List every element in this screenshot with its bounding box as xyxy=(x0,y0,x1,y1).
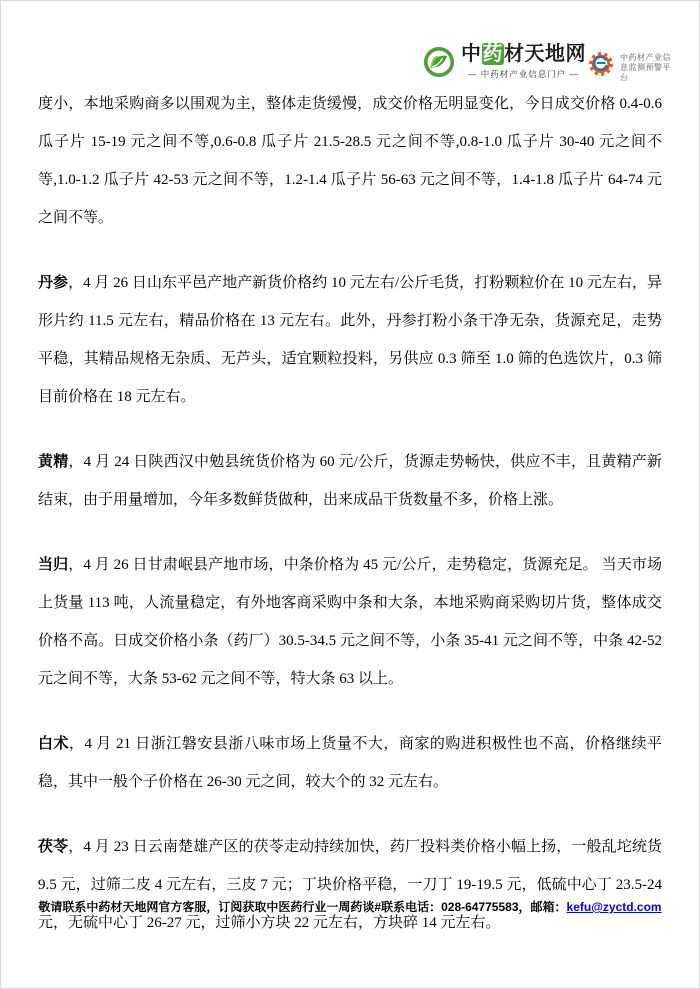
paragraph-text: 度小，本地采购商多以围观为主，整体走货缓慢，成交价格无明显变化，今日成交价格 0… xyxy=(38,96,662,226)
platform-name: 中药材产业信 息监测预警平 台 xyxy=(620,50,671,83)
brand-tagline: — 中药材产业信息门户 — xyxy=(468,68,579,80)
paragraph-text: ，4 月 23 日云南楚雄产区的茯苓走动持续加快，药厂投料类价格小幅上扬，一般乱… xyxy=(38,839,662,931)
paragraph-text: ，4 月 24 日陕西汉中勉县统货价格为 60 元/公斤，货源走势畅快，供应不丰… xyxy=(38,454,662,508)
footer-contact: 敬请联系中药材天地网官方客服，订阅获取中医药行业一周药谈#联系电话：028-64… xyxy=(1,898,699,915)
herb-name-huangjing: 黄精 xyxy=(38,454,68,470)
brand-text-block: 中药材天地网 — 中药材产业信息门户 — xyxy=(461,43,586,80)
platform-name-line2: 息监测预警平 xyxy=(620,63,671,73)
herb-name-danggui: 当归 xyxy=(38,557,68,573)
paragraph-danshen: 丹参，4 月 26 日山东平邑产地产新货价格约 10 元左右/公斤毛货，打粉颗粒… xyxy=(38,264,662,416)
brand-name: 中药材天地网 xyxy=(461,43,586,65)
platform-name-line3: 台 xyxy=(620,73,671,83)
paragraph-guazipian-prices: 度小，本地采购商多以围观为主，整体走货缓慢，成交价格无明显变化，今日成交价格 0… xyxy=(38,85,662,237)
paragraph-fuling: 茯苓，4 月 23 日云南楚雄产区的茯苓走动持续加快，药厂投料类价格小幅上扬，一… xyxy=(38,828,662,942)
herb-name-baizhu: 白术 xyxy=(38,736,69,752)
footer-text: 敬请联系中药材天地网官方客服，订阅获取中医药行业一周药谈#联系电话：028-64… xyxy=(38,900,566,914)
brand-name-suffix: 材天地网 xyxy=(504,43,586,65)
brand-stylized-char: 药 xyxy=(482,43,505,65)
document-page: 中药材天地网 — 中药材产业信息门户 — 中药材产业信 息监测预警平 台 度小，… xyxy=(0,0,700,989)
email-link[interactable]: kefu@zyctd.com xyxy=(567,900,662,914)
paragraph-huangjing: 黄精，4 月 24 日陕西汉中勉县统货价格为 60 元/公斤，货源走势畅快，供应… xyxy=(38,443,662,519)
paragraph-text: ，4 月 21 日浙江磐安县浙八味市场上货量不大，商家的购进积极性也不高，价格继… xyxy=(38,736,662,790)
paragraph-text: ，4 月 26 日甘肃岷县产地市场，中条价格为 45 元/公斤，走势稳定，货源充… xyxy=(38,557,662,687)
leaf-circle-icon xyxy=(423,46,455,78)
paragraph-baizhu: 白术，4 月 21 日浙江磐安县浙八味市场上货量不大，商家的购进积极性也不高，价… xyxy=(38,725,662,801)
paragraph-text: ，4 月 26 日山东平邑产地产新货价格约 10 元左右/公斤毛货，打粉颗粒价在… xyxy=(38,275,662,405)
brand-logo: 中药材天地网 — 中药材产业信息门户 — xyxy=(423,43,586,80)
article-body: 度小，本地采购商多以围观为主，整体走货缓慢，成交价格无明显变化，今日成交价格 0… xyxy=(38,85,662,969)
gear-swirl-icon xyxy=(587,50,615,78)
platform-logo: 中药材产业信 息监测预警平 台 xyxy=(587,50,671,83)
herb-name-danshen: 丹参 xyxy=(38,275,68,291)
herb-name-fuling: 茯苓 xyxy=(38,839,68,855)
paragraph-danggui: 当归，4 月 26 日甘肃岷县产地市场，中条价格为 45 元/公斤，走势稳定，货… xyxy=(38,546,662,698)
platform-name-line1: 中药材产业信 xyxy=(620,53,671,63)
brand-name-prefix: 中 xyxy=(461,43,482,65)
